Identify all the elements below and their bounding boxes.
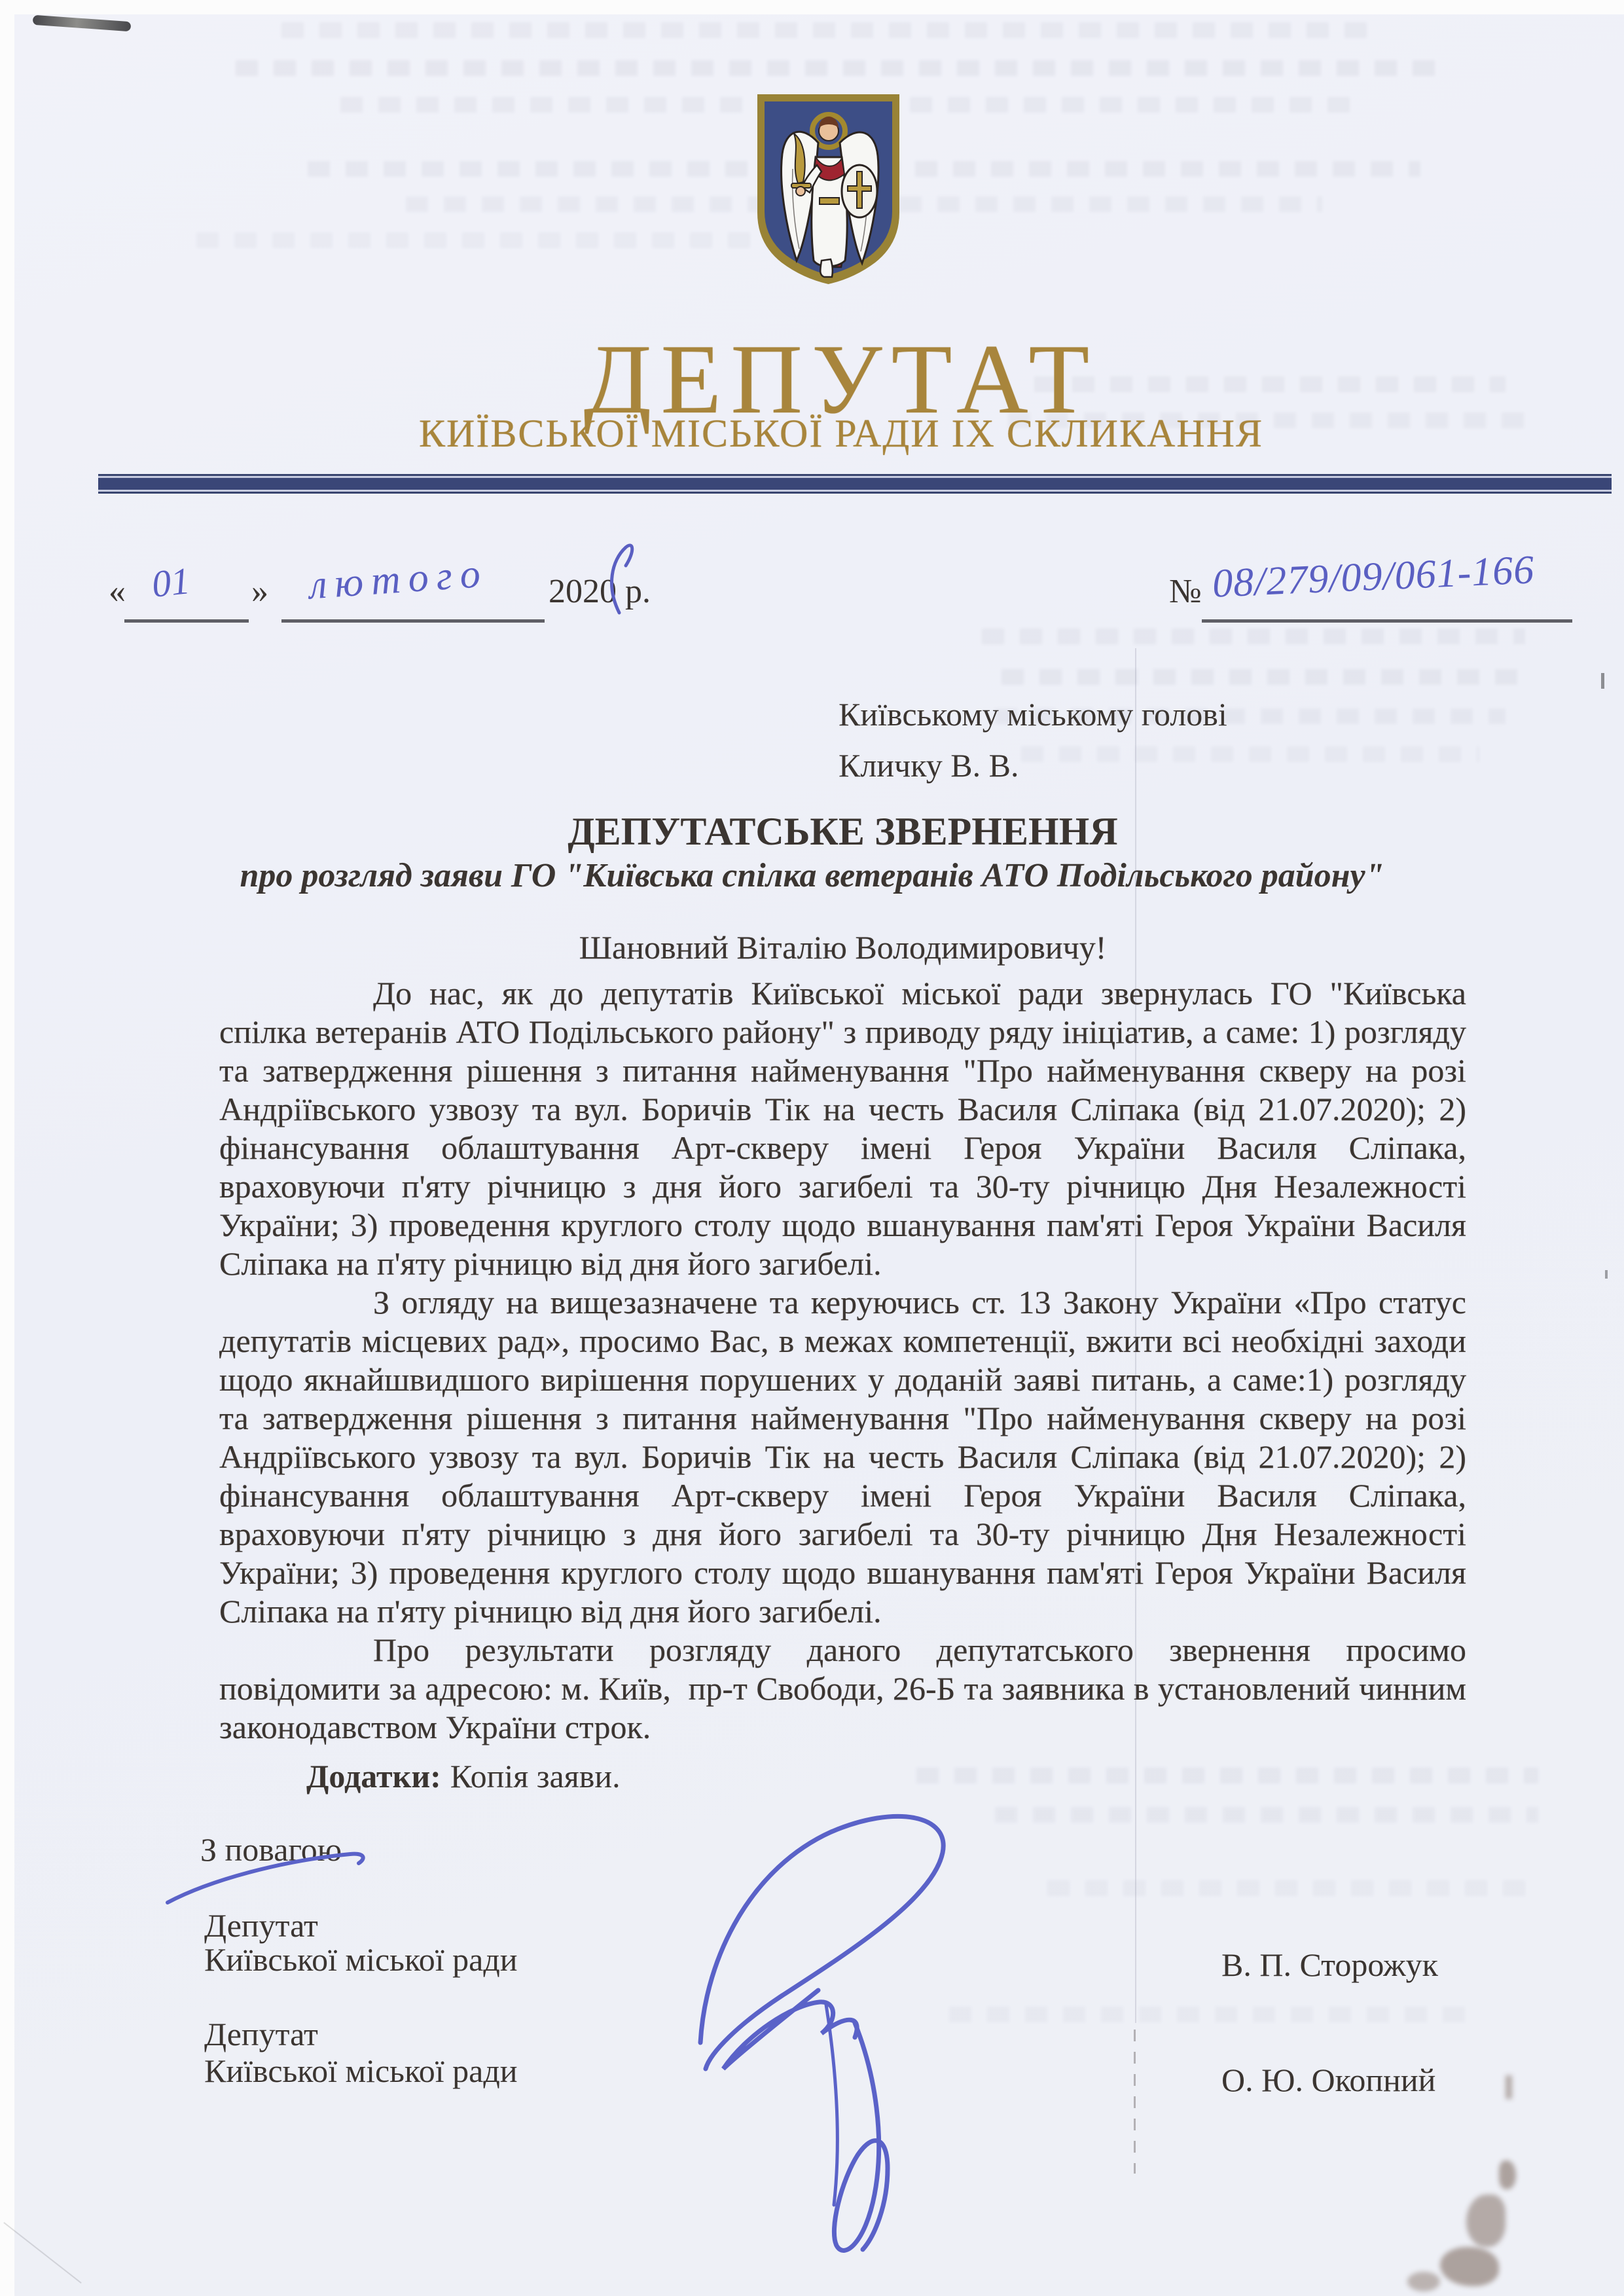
scanned-letter-page: ДЕПУТАТ КИЇВСЬКОЇ МІСЬКОЇ РАДИ IX СКЛИКА…	[0, 0, 1624, 2296]
signatory1-name: В. П. Сторожук	[1221, 1946, 1438, 1984]
regards-flourish-ink	[157, 1845, 380, 1910]
staple-scan-mark	[33, 15, 132, 31]
date-day-handwritten: 01	[150, 558, 192, 606]
pen-stroke-over-year	[594, 542, 647, 622]
letterhead-rule	[98, 474, 1612, 494]
ink-smudge	[1506, 2075, 1512, 2099]
number-label: №	[1169, 572, 1202, 611]
salutation: Шановний Віталію Володимировичу!	[219, 928, 1466, 966]
signature-ink	[615, 1800, 1034, 2272]
signatory2-name: О. Ю. Окопний	[1221, 2061, 1435, 2099]
letterhead-subtitle: КИЇВСЬКОЇ МІСЬКОЇ РАДИ IX СКЛИКАННЯ	[187, 411, 1496, 456]
addressee-line2: Кличку В. В.	[839, 746, 1019, 784]
document-heading: ДЕПУТАТСЬКЕ ЗВЕРНЕННЯ	[219, 809, 1466, 854]
paragraph: До нас, як до депутатів Київської місько…	[219, 974, 1466, 1283]
ink-smudge	[1440, 2247, 1499, 2286]
date-day-underline	[124, 619, 249, 623]
corner-fold-mark	[3, 2222, 81, 2284]
addressee-line1: Київському міському голові	[839, 695, 1227, 733]
fold-crease-marks	[1134, 2030, 1136, 2174]
date-close-quote: »	[251, 572, 268, 611]
letter-body: До нас, як до депутатів Київської місько…	[219, 974, 1466, 1747]
scan-edge-top	[0, 0, 1624, 14]
scan-edge-left	[0, 0, 14, 2296]
paragraph: Про результати розгляду даного депутатсь…	[219, 1631, 1466, 1747]
ink-smudge	[1499, 2160, 1516, 2189]
attachments-line: Додатки:Копія заяви.	[306, 1757, 621, 1795]
scan-speck	[1605, 1270, 1608, 1279]
attachments-value: Копія заяви.	[450, 1758, 621, 1795]
number-underline	[1202, 619, 1572, 623]
ink-smudge	[1466, 2195, 1506, 2247]
date-month-handwritten: лютого	[308, 551, 490, 610]
document-subject: про розгляд заяви ГО "Київська спілка ве…	[189, 856, 1435, 895]
signatory1-role1: Депутат	[204, 1906, 318, 1944]
signatory1-role2: Київської міської ради	[204, 1941, 518, 1978]
signatory2-role2: Київської міської ради	[204, 2052, 518, 2090]
signatory2-role1: Депутат	[204, 2015, 318, 2053]
scan-speck	[1601, 673, 1604, 689]
ink-smudge	[1407, 2272, 1440, 2291]
attachments-label: Додатки:	[306, 1758, 450, 1795]
paragraph: З огляду на вищезазначене та керуючись с…	[219, 1283, 1466, 1631]
fold-crease	[1135, 648, 1136, 2023]
date-open-quote: «	[109, 572, 126, 611]
kyiv-coat-of-arms	[755, 92, 902, 287]
date-month-underline	[281, 619, 545, 623]
reference-number-handwritten: 08/279/09/061-166	[1212, 547, 1536, 607]
